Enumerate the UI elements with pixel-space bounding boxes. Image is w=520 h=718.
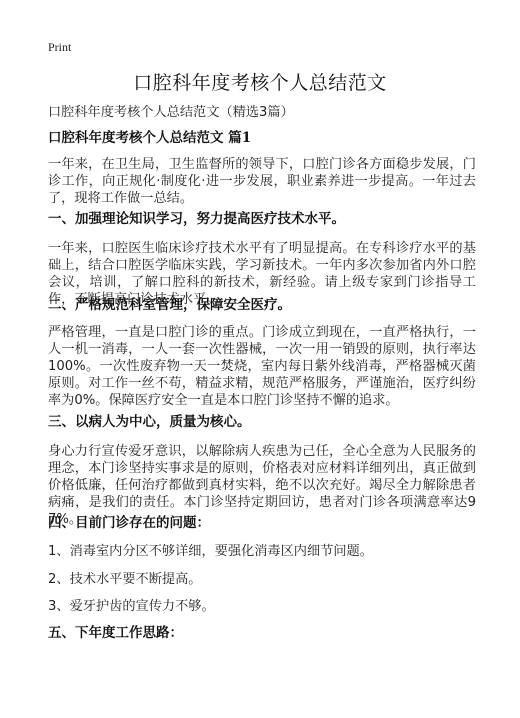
section-4-item-3: 3、爱牙护齿的宣传力不够。 <box>48 598 476 615</box>
section-2-heading: 二、严格规范科室管理，保障安全医疗。 <box>48 297 476 314</box>
section-4-heading: 四、目前门诊存在的问题： <box>48 515 476 532</box>
section-4-item-2: 2、技术水平要不断提高。 <box>48 571 476 588</box>
print-label: Print <box>48 40 71 55</box>
document-title: 口腔科年度考核个人总结范文 <box>0 68 520 95</box>
section-4-item-1: 1、消毒室内分区不够详细，要强化消毒区内细节问题。 <box>48 543 476 560</box>
section-3-heading: 三、以病人为中心，质量为核心。 <box>48 414 476 431</box>
part-heading: 口腔科年度考核个人总结范文 篇1 <box>48 130 476 147</box>
intro-paragraph: 一年来，在卫生局，卫生监督所的领导下，口腔门诊各方面稳步发展，门诊工作，向正规化… <box>48 156 476 207</box>
section-1-heading: 一、加强理论知识学习，努力提高医疗技术水平。 <box>48 211 476 228</box>
section-2-body: 严格管理，一直是口腔门诊的重点。门诊成立到现在，一直严格执行，一人一机一消毒，一… <box>48 324 476 409</box>
document-subtitle: 口腔科年度考核个人总结范文（精选3篇） <box>48 104 476 121</box>
section-5-heading: 五、下年度工作思路： <box>48 625 476 642</box>
